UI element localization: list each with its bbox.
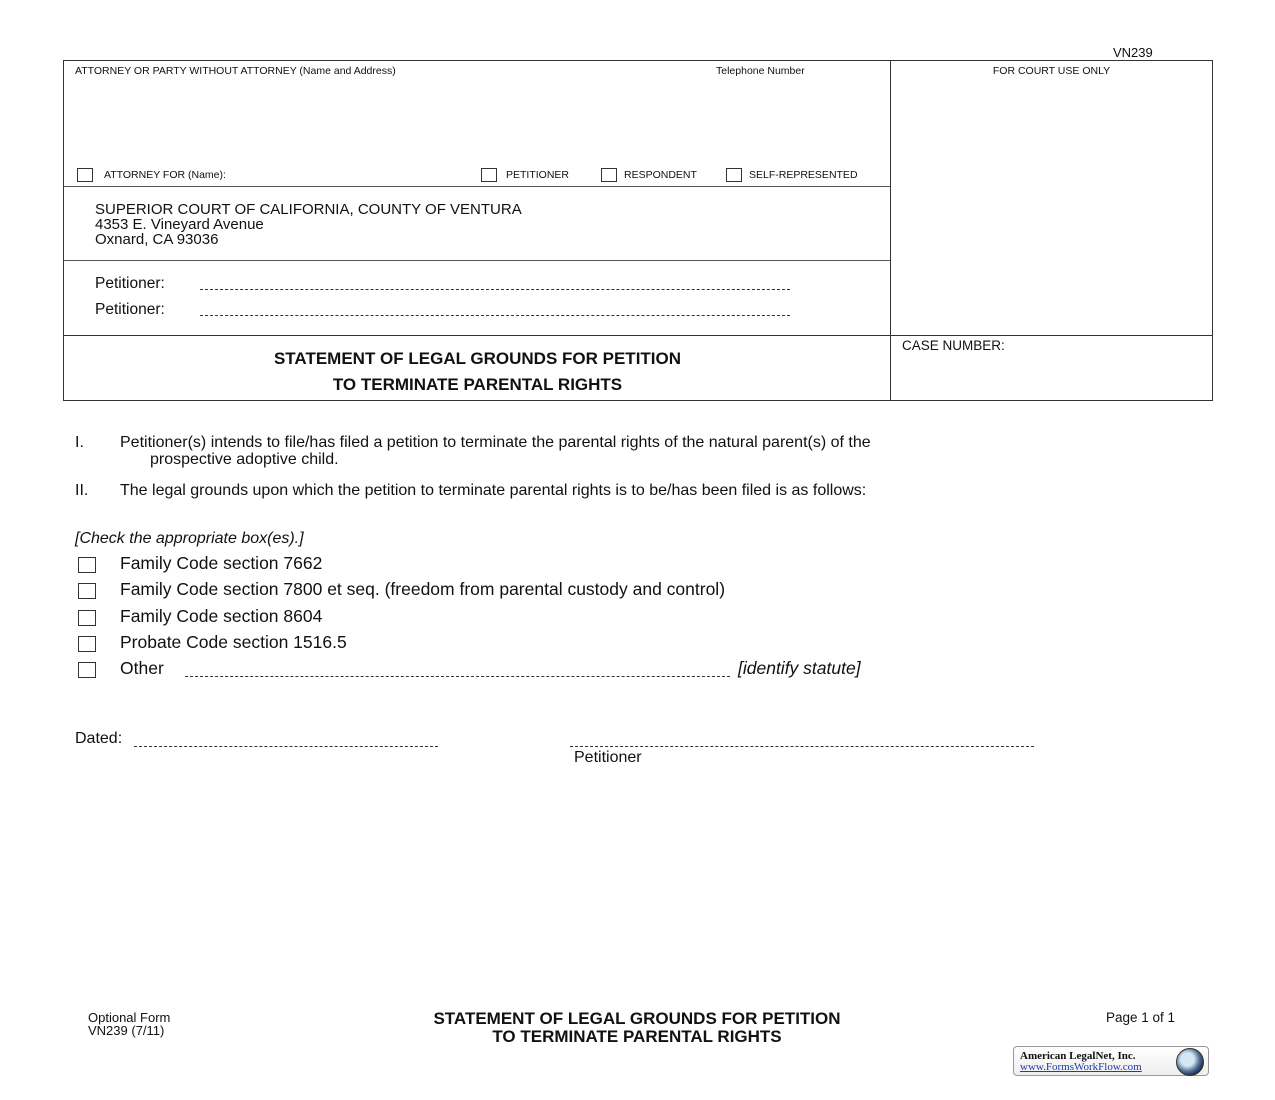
court-use-caption: FOR COURT USE ONLY [891, 65, 1212, 77]
option-8604-label: Family Code section 8604 [120, 606, 322, 627]
petitioner-checkbox[interactable] [481, 168, 497, 182]
item-1-number: I. [75, 434, 84, 452]
court-city: Oxnard, CA 93036 [95, 232, 218, 247]
option-7662-checkbox[interactable] [78, 557, 96, 573]
option-7800-checkbox[interactable] [78, 583, 96, 599]
form-title-line2: TO TERMINATE PARENTAL RIGHTS [64, 375, 891, 395]
option-other-checkbox[interactable] [78, 662, 96, 678]
other-statute-field[interactable] [185, 675, 730, 677]
option-7800-label: Family Code section 7800 et seq. (freedo… [120, 579, 725, 600]
check-instruction: [Check the appropriate box(es).] [75, 530, 304, 548]
publisher-link[interactable]: www.FormsWorkFlow.com [1020, 1061, 1142, 1073]
divider [64, 186, 891, 187]
divider [891, 335, 1212, 336]
court-street: 4353 E. Vineyard Avenue [95, 217, 264, 232]
identify-statute-hint: [identify statute] [738, 658, 861, 679]
self-represented-role-label: SELF-REPRESENTED [749, 169, 858, 181]
item-1-continuation: prospective adoptive child. [150, 451, 339, 469]
petitioner-1-label: Petitioner: [95, 275, 165, 293]
attorney-for-label: ATTORNEY FOR (Name): [104, 169, 226, 181]
option-other-label: Other [120, 658, 164, 679]
respondent-checkbox[interactable] [601, 168, 617, 182]
court-use-box: FOR COURT USE ONLY CASE NUMBER: [890, 60, 1213, 401]
caption-box: ATTORNEY OR PARTY WITHOUT ATTORNEY (Name… [63, 60, 891, 401]
option-probate-1516-checkbox[interactable] [78, 636, 96, 652]
globe-logo-icon [1176, 1048, 1204, 1076]
item-2-number: II. [75, 482, 88, 500]
item-1-text: Petitioner(s) intends to file/has filed … [120, 434, 871, 452]
petitioner-2-field[interactable] [200, 314, 790, 316]
signature-label: Petitioner [574, 749, 642, 767]
petitioner-2-label: Petitioner: [95, 301, 165, 319]
respondent-role-label: RESPONDENT [624, 169, 697, 181]
option-probate-1516-label: Probate Code section 1516.5 [120, 632, 347, 653]
form-revision: VN239 (7/11) [88, 1024, 164, 1038]
signature-field[interactable] [570, 745, 1034, 747]
item-2-text: The legal grounds upon which the petitio… [120, 482, 866, 500]
form-id: VN239 [1113, 45, 1153, 60]
petitioner-role-label: PETITIONER [506, 169, 569, 181]
footer-title-line2: TO TERMINATE PARENTAL RIGHTS [337, 1028, 937, 1046]
option-8604-checkbox[interactable] [78, 610, 96, 626]
self-represented-checkbox[interactable] [726, 168, 742, 182]
attorney-for-checkbox[interactable] [77, 168, 93, 182]
petitioner-1-field[interactable] [200, 288, 790, 290]
publisher-badge[interactable]: American LegalNet, Inc. www.FormsWorkFlo… [1013, 1046, 1209, 1076]
option-7662-label: Family Code section 7662 [120, 553, 322, 574]
divider [64, 335, 891, 336]
footer-title-line1: STATEMENT OF LEGAL GROUNDS FOR PETITION [337, 1010, 937, 1028]
form-title-line1: STATEMENT OF LEGAL GROUNDS FOR PETITION [64, 349, 891, 369]
attorney-name-address-field[interactable] [64, 75, 891, 167]
page-number: Page 1 of 1 [1106, 1010, 1175, 1025]
dated-field[interactable] [134, 745, 438, 747]
dated-label: Dated: [75, 730, 122, 748]
divider [64, 260, 891, 261]
case-number-field[interactable] [902, 357, 1202, 393]
court-name: SUPERIOR COURT OF CALIFORNIA, COUNTY OF … [95, 202, 522, 217]
case-number-label: CASE NUMBER: [902, 338, 1005, 353]
